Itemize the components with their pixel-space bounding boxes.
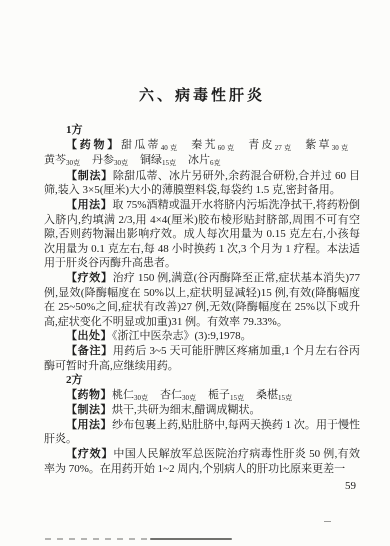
label-yongfa: 【用法】 — [66, 419, 112, 431]
formula2-zhifa-paragraph: 【制法】烘干,共研为细末,醋调成糊状。 — [44, 403, 360, 418]
herb-name: 桑椹 — [256, 389, 278, 401]
label-yaowu: 【药物】 — [66, 139, 121, 151]
herb-dose: 6克 — [210, 159, 221, 167]
formula1-number: 1方 — [44, 123, 360, 138]
herb-item: 铜绿15克 — [140, 154, 176, 166]
herb-name: 铜绿 — [140, 154, 162, 166]
formula2-herbs-paragraph: 【药物】桃仁30克杏仁30克栀子15克桑椹15克 — [44, 388, 360, 404]
herb-dose: 30克 — [114, 159, 128, 167]
zhifa-text: 烘干,共研为细末,醋调成糊状。 — [112, 404, 261, 416]
chuchu-text: 《浙江中医杂志》(3):9,1978。 — [112, 330, 252, 342]
formula2-number: 2方 — [44, 373, 360, 388]
herb-item: 秦艽60克 — [191, 139, 236, 151]
herb-item: 甜瓜蒂40克 — [121, 139, 179, 151]
formula1-zhifa-paragraph: 【制法】除甜瓜蒂、冰片另研外,余药混合研粉,合并过 60 目筛,装入 3×5(厘… — [44, 169, 360, 198]
herb-dose: 30克 — [134, 394, 148, 402]
page-content: 六、病毒性肝炎 1方 【药物】甜瓜蒂40克秦艽60克青皮27克紫草30克黄芩30… — [44, 84, 360, 494]
herb-dose: 60克 — [218, 144, 237, 152]
herb-dose: 15克 — [162, 159, 176, 167]
scan-artifact-solid-line — [150, 538, 232, 540]
herb-dose: 27克 — [275, 144, 294, 152]
herb-name: 黄芩 — [44, 154, 66, 166]
label-beizhu: 【备注】 — [66, 345, 113, 357]
herb-dose: 30克 — [66, 159, 80, 167]
label-chuchu: 【出处】 — [66, 330, 112, 342]
formula1-yongfa-paragraph: 【用法】取 75%酒精或温开水将脐内污垢洗净拭干,将药粉倒入脐内,约填满 2/3… — [44, 198, 360, 271]
formula2-liaoxiao-paragraph: 【疗效】中国人民解放军总医院治疗病毒性肝炎 50 例,有效率为 70%。在用药开… — [44, 447, 360, 476]
herb-name: 秦艽 — [191, 139, 218, 151]
herb-name: 青皮 — [248, 139, 275, 151]
herb-item: 杏仁30克 — [160, 389, 196, 401]
label-zhifa: 【制法】 — [66, 404, 112, 416]
page-number: 59 — [44, 479, 360, 494]
herb-name: 紫草 — [305, 139, 332, 151]
herb-item: 桑椹15克 — [256, 389, 292, 401]
herb-name: 栀子 — [208, 389, 230, 401]
label-liaoxiao: 【疗效】 — [66, 272, 113, 284]
herb-dose: 40克 — [161, 144, 180, 152]
herb-dose: 15克 — [230, 394, 244, 402]
herb-dose: 30克 — [182, 394, 196, 402]
document-page: 六、病毒性肝炎 1方 【药物】甜瓜蒂40克秦艽60克青皮27克紫草30克黄芩30… — [0, 0, 390, 546]
herb-name: 桃仁 — [112, 389, 134, 401]
scan-artifact-dashed-line — [45, 538, 153, 540]
herb-item: 黄芩30克 — [44, 154, 80, 166]
herb-item: 青皮27克 — [248, 139, 293, 151]
herb-item: 冰片6克 — [188, 154, 221, 166]
herb-dose: 30克 — [332, 144, 348, 152]
page-title: 六、病毒性肝炎 — [44, 84, 360, 105]
label-liaoxiao: 【疗效】 — [66, 448, 113, 460]
label-yaowu: 【药物】 — [66, 389, 112, 401]
herb-dose: 15克 — [278, 394, 292, 402]
herb-name: 杏仁 — [160, 389, 182, 401]
herb-name: 冰片 — [188, 154, 210, 166]
herb-name: 甜瓜蒂 — [121, 139, 161, 151]
herb-item: 桃仁30克 — [112, 389, 148, 401]
herb-item: 紫草30克 — [305, 139, 348, 151]
scan-artifact-tick — [324, 521, 331, 522]
formula1-herbs-paragraph: 【药物】甜瓜蒂40克秦艽60克青皮27克紫草30克黄芩30克丹参30克铜绿15克… — [44, 138, 360, 169]
label-zhifa: 【制法】 — [66, 170, 113, 182]
herb-name: 丹参 — [92, 154, 114, 166]
formula1-liaoxiao-paragraph: 【疗效】治疗 150 例,满意(谷丙酶降至正常,症状基本消失)77 例,显效(降… — [44, 271, 360, 329]
formula1-beizhu-paragraph: 【备注】用药后 3~5 天可能肝脾区疼痛加重,1 个月左右谷丙酶可暂时升高,应继… — [44, 344, 360, 373]
label-yongfa: 【用法】 — [66, 199, 112, 211]
herb-item: 栀子15克 — [208, 389, 244, 401]
formula2-yongfa-paragraph: 【用法】纱布包裹上药,贴肚脐中,每两天换药 1 次。用于慢性肝炎。 — [44, 418, 360, 447]
herb-item: 丹参30克 — [92, 154, 128, 166]
formula1-chuchu-paragraph: 【出处】《浙江中医杂志》(3):9,1978。 — [44, 329, 360, 344]
